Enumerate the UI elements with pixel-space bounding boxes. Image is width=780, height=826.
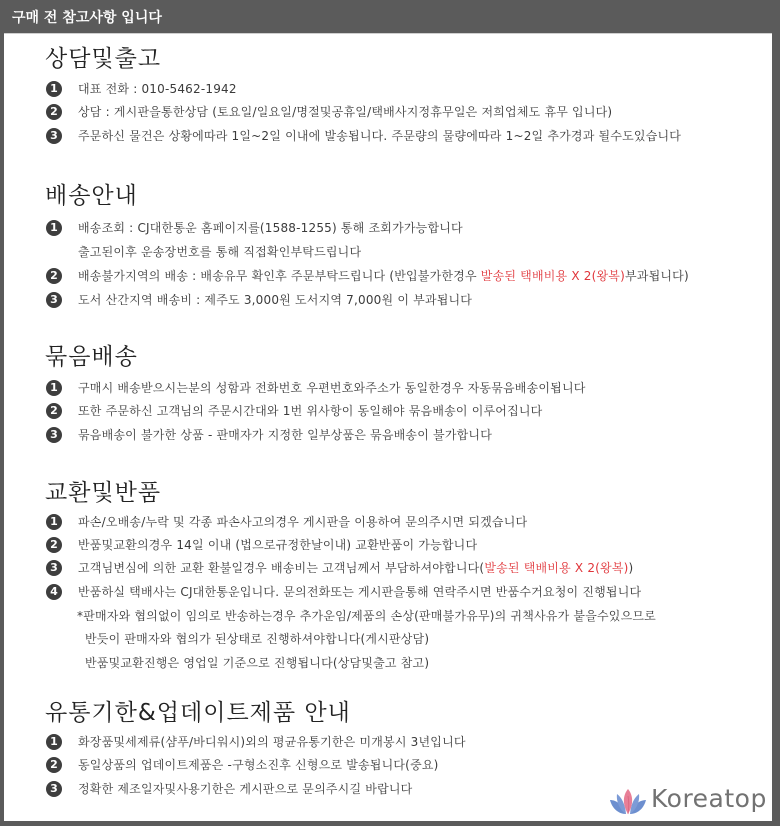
number-1-icon: 1 xyxy=(46,81,62,97)
item-text: 반품및교환의경우 14일 이내 (법으로규정한날이내) 교환반품이 가능합니다 xyxy=(78,536,477,554)
number-2-icon: 2 xyxy=(46,268,62,284)
item-text: 주문하신 물건은 상황에따라 1일~2일 이내에 발송됩니다. 주문량의 물량에… xyxy=(78,127,681,145)
note-text: 반품및교환진행은 영업일 기준으로 진행됩니다(상담및출고 참고) xyxy=(85,654,429,672)
header-bar: 구매 전 참고사항 입니다 xyxy=(0,0,780,32)
item-text: 출고된이후 운송장번호를 통해 직접확인부탁드립니다 xyxy=(78,243,361,261)
section-title: 배송안내 xyxy=(45,177,138,210)
note-text: 반듯이 판매자와 협의가 된상태로 진행하셔야합니다(게시판상담) xyxy=(85,630,429,648)
number-1-icon: 1 xyxy=(46,220,62,236)
item-text-normal: ) xyxy=(629,561,634,575)
item-text: 고객님변심에 의한 교환 환불일경우 배송비는 고객님께서 부담하셔야합니다(발… xyxy=(78,559,633,577)
number-1-icon: 1 xyxy=(46,514,62,530)
number-3-icon: 3 xyxy=(46,560,62,576)
number-2-icon: 2 xyxy=(46,403,62,419)
highlight-text: 발송된 택배비용 X 2(왕복) xyxy=(481,269,625,283)
number-3-icon: 3 xyxy=(46,781,62,797)
item-text: 동일상품의 업데이트제품은 -구형소진후 신형으로 발송됩니다(중요) xyxy=(78,756,439,774)
item-text: 구매시 배송받으시는분의 성함과 전화번호 우편번호와주소가 동일한경우 자동묶… xyxy=(78,379,586,397)
note-text: *판매자와 협의없이 임의로 반송하는경우 추가운임/제품의 손상(판매불가유무… xyxy=(77,607,656,625)
section-title: 상담및출고 xyxy=(45,40,161,73)
item-text: 묶음배송이 불가한 상품 - 판매자가 지정한 일부상품은 묶음배송이 불가합니… xyxy=(78,426,492,444)
section-title: 유통기한&업데이트제품 안내 xyxy=(45,694,351,727)
number-2-icon: 2 xyxy=(46,104,62,120)
number-1-icon: 1 xyxy=(46,734,62,750)
koreatop-logo: Koreatop xyxy=(608,786,773,818)
item-text: 대표 전화 : 010-5462-1942 xyxy=(78,80,237,98)
item-text: 또한 주문하신 고객님의 주문시간대와 1번 위사항이 동일해야 묶음배송이 이… xyxy=(78,402,542,420)
item-text: 반품하실 택배사는 CJ대한통운입니다. 문의전화또는 게시판을통해 연락주시면… xyxy=(78,583,641,601)
item-text: 배송조회 : CJ대한통운 홈페이지를(1588-1255) 통해 조회가가능합… xyxy=(78,219,463,237)
number-2-icon: 2 xyxy=(46,757,62,773)
number-4-icon: 4 xyxy=(46,584,62,600)
notice-content: 상담및출고 1 대표 전화 : 010-5462-1942 2 상담 : 게시판… xyxy=(4,33,772,821)
number-3-icon: 3 xyxy=(46,292,62,308)
page-title: 구매 전 참고사항 입니다 xyxy=(12,7,162,27)
item-text-normal: 배송불가지역의 배송 : 배송유무 확인후 주문부탁드립니다 (반입불가한경우 xyxy=(78,269,481,283)
number-2-icon: 2 xyxy=(46,537,62,553)
item-text-normal: 부과됩니다) xyxy=(625,269,689,283)
item-text-normal: 고객님변심에 의한 교환 환불일경우 배송비는 고객님께서 부담하셔야합니다( xyxy=(78,561,484,575)
logo-text: Koreatop xyxy=(651,784,767,813)
item-text: 상담 : 게시판을통한상담 (토요일/일요일/명절및공휴일/택배사지정휴무일은 … xyxy=(78,103,612,121)
number-3-icon: 3 xyxy=(46,128,62,144)
lotus-icon xyxy=(608,788,648,816)
section-title: 교환및반품 xyxy=(45,474,161,507)
highlight-text: 발송된 택배비용 X 2(왕복) xyxy=(484,561,628,575)
item-text: 배송불가지역의 배송 : 배송유무 확인후 주문부탁드립니다 (반입불가한경우 … xyxy=(78,267,689,285)
number-3-icon: 3 xyxy=(46,427,62,443)
section-title: 묶음배송 xyxy=(45,338,138,371)
item-text: 정확한 제조일자및사용기한은 게시판으로 문의주시길 바랍니다 xyxy=(78,780,412,798)
item-text: 도서 산간지역 배송비 : 제주도 3,000원 도서지역 7,000원 이 부… xyxy=(78,291,472,309)
item-text: 파손/오배송/누락 및 각종 파손사고의경우 게시판을 이용하여 문의주시면 되… xyxy=(78,513,527,531)
number-1-icon: 1 xyxy=(46,380,62,396)
item-text: 화장품및세제류(샴푸/바디워시)외의 평균유통기한은 미개봉시 3년입니다 xyxy=(78,733,466,751)
